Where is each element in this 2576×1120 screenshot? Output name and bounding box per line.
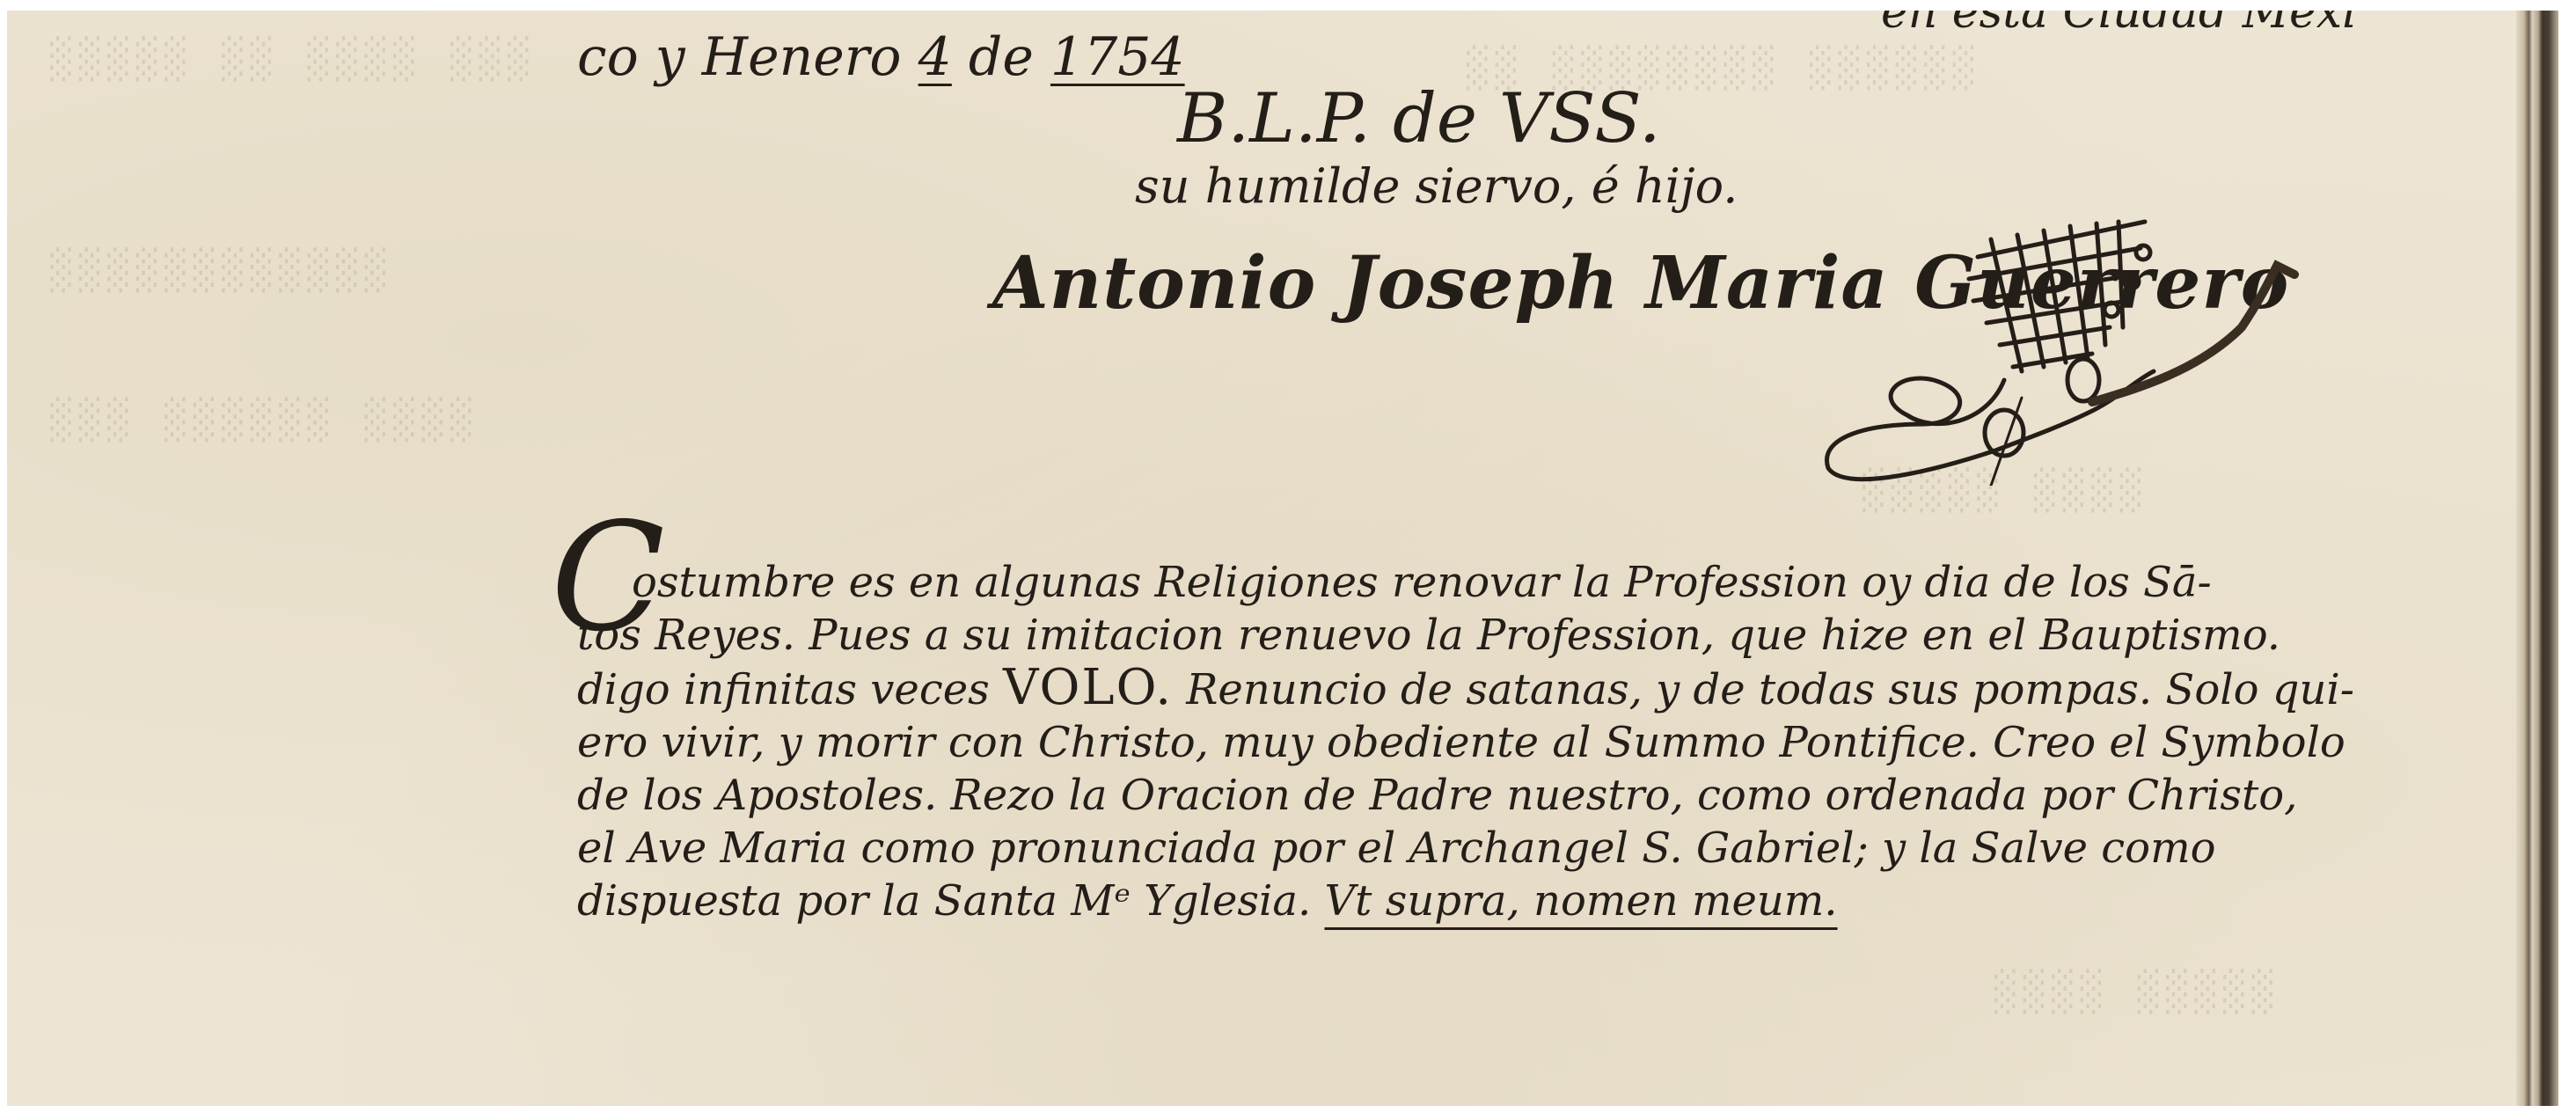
body-paragraph: ostumbre es en algunas Religiones renova… xyxy=(577,556,2460,927)
closing-line: su humilde siervo, é hijo. xyxy=(1135,158,1738,214)
book-binding-edge xyxy=(2516,11,2558,1106)
top-cut-line: en esta Ciudad Mexi xyxy=(1881,11,2357,39)
date-de: de xyxy=(969,26,1034,88)
date-line: co y Henero 4 de 1754 xyxy=(577,26,1185,88)
bleed-through-text: ░░░░ ░░░░░░ ░░░ xyxy=(42,398,471,443)
date-day: 4 xyxy=(918,26,952,88)
body-line-7-start: dispuesta por la Santa Mᵉ Yglesia. xyxy=(577,876,1311,926)
body-line-4: ero vivir, y morir con Christo, muy obed… xyxy=(577,716,2460,769)
closing-phrase: Vt supra, nomen meum. xyxy=(1324,876,1837,926)
manuscript-page: ░░░ ░░░░ ░░ ░░░░░ ░░░░░░░░░░░░ ░░░░ ░░░░… xyxy=(7,11,2558,1106)
body-line-7: dispuesta por la Santa Mᵉ Yglesia. Vt su… xyxy=(577,875,2460,927)
closing-abbreviation: B.L.P. de VSS. xyxy=(1177,79,1661,158)
signature-rubric-icon xyxy=(1802,204,2418,486)
body-line-3-rest: Renuncio de satanas, y de todas sus pomp… xyxy=(1186,665,2354,714)
body-line-5: de los Apostoles. Rezo la Oracion de Pad… xyxy=(577,769,2460,822)
date-year: 1754 xyxy=(1050,26,1185,88)
body-line-3: digo infinitas veces VOLO. Renuncio de s… xyxy=(577,662,2460,716)
volo-emphasis: VOLO. xyxy=(1003,659,1173,716)
body-line-6: el Ave Maria como pronunciada por el Arc… xyxy=(577,822,2460,875)
body-line-3-start: digo infinitas veces xyxy=(577,665,990,714)
date-prefix: co y Henero xyxy=(577,26,902,88)
body-line-2: tos Reyes. Pues a su imitacion renuevo l… xyxy=(577,609,2460,662)
bleed-through-text: ░░░░░ ░░░░ xyxy=(1987,970,2272,1014)
bleed-through-text: ░░░░░░░░░░░░ xyxy=(42,248,385,293)
bleed-through-text: ░░░ ░░░░ ░░ ░░░░░ xyxy=(42,37,528,82)
body-line-1: ostumbre es en algunas Religiones renova… xyxy=(577,556,2460,609)
